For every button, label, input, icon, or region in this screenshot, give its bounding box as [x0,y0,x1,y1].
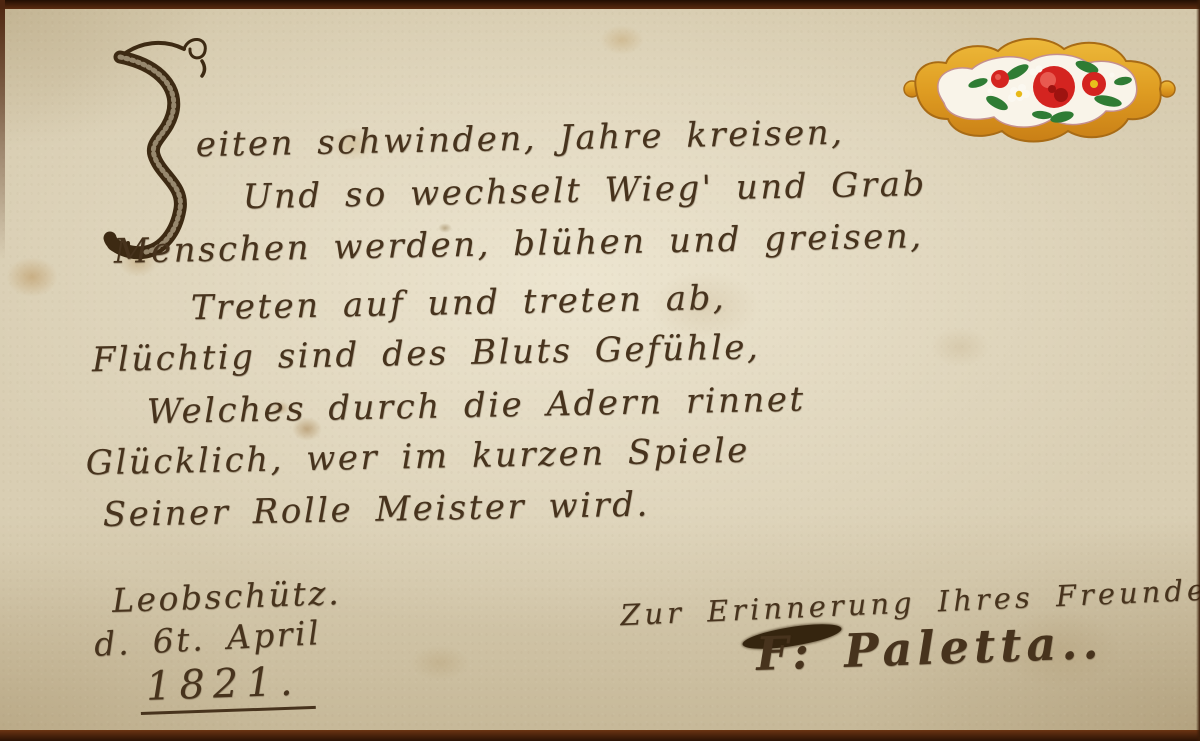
foxing-stain [410,645,470,681]
poem-line: Seiner Rolle Meister wird. [102,485,650,535]
frame-edge-top [0,0,1200,9]
year-underlined: 1821. [139,658,315,715]
date-line: d. 6t. April [93,613,322,664]
floral-cartouche-icon [902,27,1177,152]
signature: F: Paletta.. [755,615,1104,681]
foxing-stain [600,25,644,55]
frame-edge-bottom [0,730,1200,741]
foxing-stain [6,257,58,297]
blossom-center [1016,91,1022,97]
poem-line: Flüchtig sind des Bluts Gefühle, [91,327,760,380]
frame-edge-right [1196,0,1200,741]
scanned-album-page: eiten schwinden, Jahre kreisen, Und so w… [0,0,1200,741]
poem-line: Und so wechselt Wieg' und Grab [242,164,927,217]
foxing-stain [930,327,990,367]
poem-line: Glücklich, wer im kurzen Spiele [85,431,750,484]
poem-line: Welches durch die Adern rinnet [146,380,805,433]
manuscript-paper: eiten schwinden, Jahre kreisen, Und so w… [0,9,1200,730]
frame-edge-left [0,0,5,260]
